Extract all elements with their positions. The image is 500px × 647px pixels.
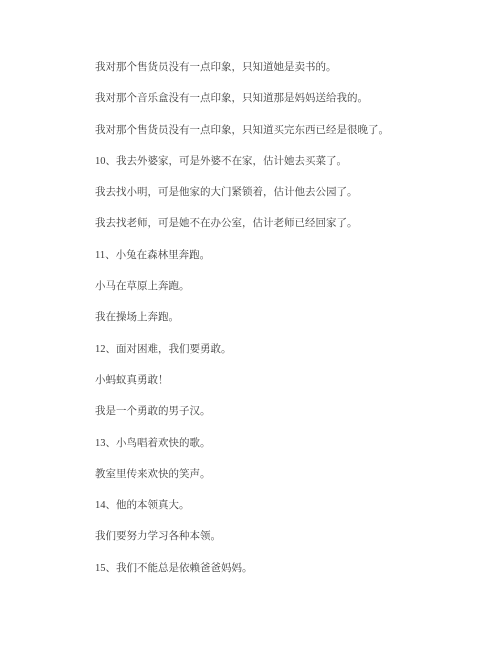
text-line-8: 小马在草原上奔跑。 [95, 271, 485, 302]
text-line-17: 15、我们不能总是依赖爸爸妈妈。 [95, 553, 485, 584]
text-line-12: 我是一个勇敢的男子汉。 [95, 396, 485, 427]
text-line-10: 12、面对困难，我们要勇敢。 [95, 334, 485, 365]
text-line-9: 我在操场上奔跑。 [95, 302, 485, 333]
text-line-4: 10、我去外婆家，可是外婆不在家，估计她去买菜了。 [95, 146, 485, 177]
document-page: 我对那个售货员没有一点印象，只知道她是卖书的。 我对那个音乐盒没有一点印象，只知… [95, 52, 485, 584]
text-line-15: 14、他的本领真大。 [95, 490, 485, 521]
text-line-5: 我去找小明，可是他家的大门紧锁着，估计他去公园了。 [95, 177, 485, 208]
text-line-2: 我对那个音乐盒没有一点印象，只知道那是妈妈送给我的。 [95, 83, 485, 114]
text-line-6: 我去找老师，可是她不在办公室，估计老师已经回家了。 [95, 208, 485, 239]
text-line-3: 我对那个售货员没有一点印象，只知道买完东西已经是很晚了。 [95, 115, 485, 146]
text-line-1: 我对那个售货员没有一点印象，只知道她是卖书的。 [95, 52, 485, 83]
text-line-16: 我们要努力学习各种本领。 [95, 521, 485, 552]
text-line-11: 小蚂蚁真勇敢！ [95, 365, 485, 396]
text-line-7: 11、小兔在森林里奔跑。 [95, 240, 485, 271]
text-line-13: 13、小鸟唱着欢快的歌。 [95, 428, 485, 459]
text-line-14: 教室里传来欢快的笑声。 [95, 459, 485, 490]
